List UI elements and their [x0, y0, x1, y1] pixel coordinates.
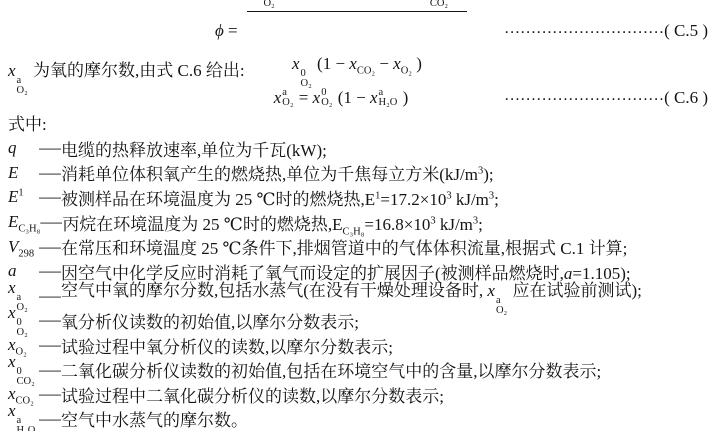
- term-description: 消耗单位体积氧产生的燃烧热,单位为千焦每立方米(kJ/m3);: [61, 160, 494, 185]
- term-symbol: q: [8, 138, 39, 158]
- term-row: xaO₂ —— 空气中氧的摩尔分数,包括水蒸气(在没有干燥处理设备时, xaO₂…: [8, 284, 710, 309]
- term-dash: ——: [39, 286, 61, 306]
- term-row: xO₂ —— 试验过程中氧分析仪的读数,以摩尔分数表示;: [8, 333, 710, 358]
- term-row: E —— 消耗单位体积氧产生的燃烧热,单位为千焦每立方米(kJ/m3);: [8, 161, 710, 186]
- dotted-leader: …………………………: [504, 20, 664, 38]
- term-description: 被测样品在环境温度为 25 ℃时的燃烧热,E1=17.2×103 kJ/m3;: [61, 185, 499, 210]
- term-dash: ——: [39, 409, 61, 429]
- term-dash: ——: [39, 335, 61, 355]
- term-dash: ——: [39, 360, 61, 380]
- term-row: E1 —— 被测样品在环境温度为 25 ℃时的燃烧热,E1=17.2×103 k…: [8, 185, 710, 210]
- term-dash: ——: [39, 310, 61, 330]
- dotted-leader: …………………………: [504, 87, 664, 105]
- term-dash: ——: [39, 384, 61, 404]
- term-symbol: E1: [8, 187, 39, 207]
- term-dash: ——: [39, 237, 61, 257]
- equation-c5-numerator: x0O₂ (1 − xCO₂ ) − xO₂ (1 − x0CO₂ ): [247, 0, 467, 12]
- term-row: q —— 电缆的热释放速率,单位为千瓦(kW);: [8, 136, 710, 161]
- terms-list: q —— 电缆的热释放速率,单位为千瓦(kW); E —— 消耗单位体积氧产生的…: [8, 136, 710, 431]
- equation-c5-lhs: ϕ =: [215, 21, 242, 41]
- equation-c5-reference: ………………………… ( C.5 ): [504, 21, 708, 41]
- term-description: 丙烷在环境温度为 25 ℃时的燃烧热,EC₃H₈=16.8×103 kJ/m3;: [62, 210, 483, 235]
- term-row: x0CO₂ —— 二氧化碳分析仪读数的初始值,包括在环境空气中的含量,以摩尔分数…: [8, 357, 710, 382]
- term-symbol: E: [8, 163, 39, 183]
- term-dash: ——: [39, 261, 61, 281]
- term-symbol: V298: [8, 237, 39, 257]
- term-description: 二氧化碳分析仪读数的初始值,包括在环境空气中的含量,以摩尔分数表示;: [61, 357, 601, 382]
- term-description: 电缆的热释放速率,单位为千瓦(kW);: [61, 136, 327, 161]
- term-row: V298 —— 在常压和环境温度 25 ℃条件下,排烟管道中的气体体积流量,根据…: [8, 234, 710, 259]
- term-description: 试验过程中二氧化碳分析仪的读数,以摩尔分数表示;: [61, 382, 444, 407]
- term-description: 在常压和环境温度 25 ℃条件下,排烟管道中的气体体积流量,根据式 C.1 计算…: [61, 234, 627, 259]
- term-description: 空气中水蒸气的摩尔数。: [61, 406, 248, 431]
- term-description: 试验过程中氧分析仪的读数,以摩尔分数表示;: [61, 333, 393, 358]
- equation-c5: ϕ = x0O₂ (1 − xCO₂ ) − xO₂ (1 − x0CO₂ ) …: [8, 3, 710, 59]
- term-row: EC₃H₈ —— 丙烷在环境温度为 25 ℃时的燃烧热,EC₃H₈=16.8×1…: [8, 210, 710, 235]
- term-dash: ——: [39, 163, 61, 183]
- term-symbol: x0CO₂: [8, 352, 39, 387]
- term-dash: ——: [40, 212, 62, 232]
- equation-c5-label: ( C.5 ): [664, 21, 708, 41]
- term-dash: ——: [39, 187, 61, 207]
- equation-c6-label: ( C.6 ): [664, 88, 708, 108]
- term-symbol: xaH₂O: [8, 401, 39, 431]
- term-row: xCO₂ —— 试验过程中二氧化碳分析仪的读数,以摩尔分数表示;: [8, 382, 710, 407]
- term-row: xaH₂O —— 空气中水蒸气的摩尔数。: [8, 407, 710, 431]
- term-dash: ——: [39, 138, 61, 158]
- document-page: ϕ = x0O₂ (1 − xCO₂ ) − xO₂ (1 − x0CO₂ ) …: [0, 0, 716, 431]
- term-symbol: x0O₂: [8, 303, 39, 338]
- equation-c6-body: xaO₂ = x0O₂ (1 − xaH₂O ): [274, 88, 408, 108]
- term-description: 氧分析仪读数的初始值,以摩尔分数表示;: [61, 308, 359, 333]
- term-symbol: EC₃H₈: [8, 212, 40, 232]
- equation-c6-reference: ………………………… ( C.6 ): [504, 88, 708, 108]
- equation-c6: xaO₂ = x0O₂ (1 − xaH₂O ) ………………………… ( C.…: [8, 83, 710, 113]
